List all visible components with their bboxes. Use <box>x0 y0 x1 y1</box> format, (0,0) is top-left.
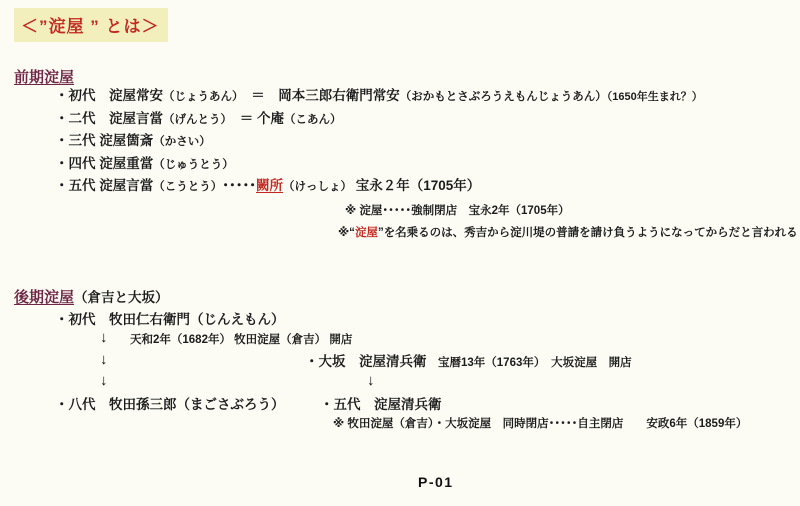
lineage-item-gen1: ・初代 淀屋常安（じょうあん） ＝ 岡本三郎右衛門常安（おかもとさぶろうえもんじ… <box>55 85 703 108</box>
down-arrow-icon: ↓ <box>367 372 375 389</box>
section-heading-sub: （倉吉と大坂） <box>74 290 169 305</box>
section-heading-later-yodoya: 後期淀屋（倉吉と大坂） <box>14 286 169 307</box>
lineage-reading: （げんとう） <box>163 114 226 126</box>
lineage-reading: （こうとう） <box>153 181 222 193</box>
lineage-reading: （かさい） <box>153 136 211 148</box>
yodoya-red-text: 淀屋 <box>355 227 378 239</box>
note-suffix: ”を名乗るのは、秀吉から淀川堤の普請を請け負うようになってからだと言われる <box>378 227 798 239</box>
kurayoshi-open-event: 天和2年（1682年） 牧田淀屋（倉吉） 開店 <box>130 331 352 347</box>
note-forced-closure: ※ 淀屋･････強制閉店 宝永2年（1705年） <box>345 202 570 218</box>
later-eighth-gen: ・八代 牧田孫三郎（まごさぶろう） <box>55 393 285 413</box>
osaka-open-event: 宝暦13年（1763年） 大坂淀屋 開店 <box>427 357 632 369</box>
note-prefix: ※“ <box>338 227 355 239</box>
lineage-reading: （じょうあん） <box>163 91 238 103</box>
page-number: P-01 <box>418 474 454 490</box>
lineage-alias-reading: （おかもとさぶろうえもんじょうあん） <box>400 91 607 103</box>
later-fifth-gen: ・五代 淀屋清兵衛 <box>320 393 442 413</box>
section-heading-text: 後期淀屋 <box>14 289 74 306</box>
later-first-gen: ・初代 牧田仁右衛門（じんえもん） <box>55 308 285 328</box>
lineage-item-gen4: ・四代 淀屋重當（じゅうとう） <box>55 153 703 176</box>
scanned-document-page: ＜”淀屋 ” とは＞ 前期淀屋 ・初代 淀屋常安（じょうあん） ＝ 岡本三郎右衛… <box>0 0 800 506</box>
down-arrow-icon: ↓ <box>100 372 108 389</box>
note-yodoya-origin: ※“淀屋”を名乗るのは、秀吉から淀川堤の普請を請け負うようになってからだと言われ… <box>338 224 798 240</box>
lineage-name: ・五代 淀屋言當 <box>55 178 153 193</box>
lineage-item-gen3: ・三代 淀屋箇斎（かさい） <box>55 130 703 153</box>
note-simultaneous-closure: ※ 牧田淀屋（倉吉）・大坂淀屋 同時閉店･････自主閉店 安政6年（1859年… <box>333 415 747 431</box>
kessho-highlight: 闕所 <box>256 178 283 193</box>
lineage-name: ・二代 淀屋言當 <box>55 111 163 126</box>
lineage-item-gen5: ・五代 淀屋言當（こうとう）･････闕所（けっしょ） 宝永２年（1705年） <box>55 175 703 198</box>
page-title: ＜”淀屋 ” とは＞ <box>14 8 168 42</box>
lineage-alias-reading: （こあん） <box>284 114 342 126</box>
lineage-birth-note: （1650年生まれ？） <box>607 91 703 103</box>
lineage-reading: （じゅうとう） <box>153 159 234 171</box>
osaka-branch-name: ・大坂 淀屋清兵衛 <box>305 354 427 369</box>
down-arrow-icon: ↓ <box>100 351 108 368</box>
lineage-name: ・初代 淀屋常安 <box>55 88 163 103</box>
section-heading-early-yodoya: 前期淀屋 <box>14 66 74 87</box>
lineage-alias: ＝ 岡本三郎右衛門常安 <box>238 88 400 103</box>
lineage-dots: ･････ <box>222 178 256 193</box>
lineage-alias: ＝ 个庵 <box>226 111 284 126</box>
lineage-item-gen2: ・二代 淀屋言當（げんとう） ＝ 个庵（こあん） <box>55 108 703 131</box>
down-arrow-icon: ↓ <box>100 329 108 346</box>
lineage-name: ・三代 淀屋箇斎 <box>55 133 153 148</box>
osaka-branch-line: ・大坂 淀屋清兵衛 宝暦13年（1763年） 大坂淀屋 開店 <box>305 350 632 371</box>
lineage-name: ・四代 淀屋重當 <box>55 156 153 171</box>
kessho-year: 宝永２年（1705年） <box>352 178 480 193</box>
early-lineage-list: ・初代 淀屋常安（じょうあん） ＝ 岡本三郎右衛門常安（おかもとさぶろうえもんじ… <box>55 85 703 198</box>
section-heading-text: 前期淀屋 <box>14 69 74 86</box>
kessho-reading: （けっしょ） <box>283 181 352 193</box>
